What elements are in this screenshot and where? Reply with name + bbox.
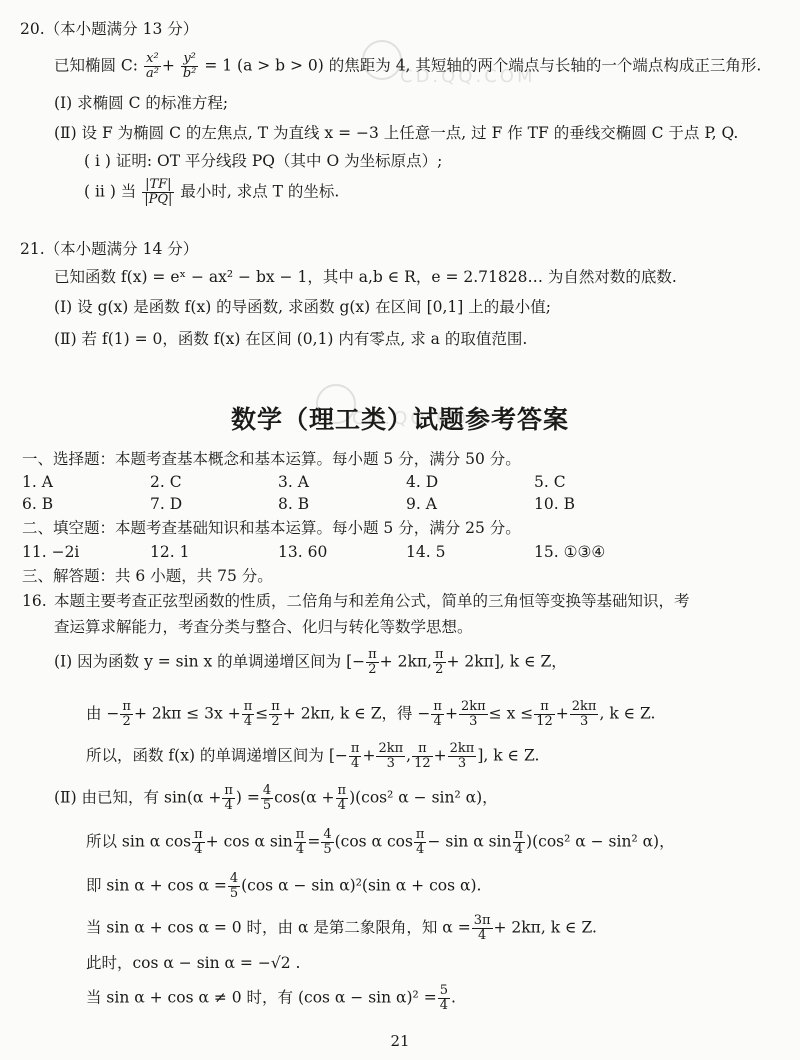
fraction: π4	[222, 784, 235, 813]
fraction: x²a²	[144, 52, 161, 81]
answer-item: 1. A	[22, 471, 150, 493]
fraction: 45	[228, 872, 240, 901]
fraction: π2	[366, 648, 379, 677]
q16-part2-line4: 当 sin α + cos α = 0 时，由 α 是第二象限角，知 α =3π…	[86, 914, 597, 943]
fraction: 2kπ3	[448, 742, 477, 771]
fraction: π12	[412, 742, 433, 771]
answer-item: 10. B	[534, 493, 662, 515]
answer-item: 5. C	[534, 471, 662, 493]
answer-item: 11. −2i	[22, 541, 150, 563]
fraction: y²b²	[181, 52, 199, 81]
q21-header: 21.（本小题满分 14 分）	[20, 238, 198, 260]
q21-part1: (Ⅰ) 设 g(x) 是函数 f(x) 的导函数, 求函数 g(x) 在区间 […	[54, 296, 551, 318]
fraction: π4	[414, 828, 427, 857]
section2-heading: 二、填空题：本题考查基础知识和基本运算。每小题 5 分，满分 25 分。	[22, 517, 521, 539]
q16-part2-line5: 此时，cos α − sin α = −√2 .	[86, 952, 300, 974]
q21-part2: (Ⅱ) 若 f(1) = 0，函数 f(x) 在区间 (0,1) 内有零点, 求…	[54, 328, 527, 350]
fraction: π4	[242, 700, 255, 729]
answer-item: 15. ①③④	[534, 541, 662, 563]
fill-answers: 11. −2i 12. 1 13. 60 14. 5 15. ①③④	[22, 541, 662, 563]
answer-item: 12. 1	[150, 541, 278, 563]
q20-part2-i: ( i ) 证明: OT 平分线段 PQ（其中 O 为坐标原点）;	[84, 150, 442, 172]
fraction: π2	[120, 700, 133, 729]
section3-heading: 三、解答题：共 6 小题，共 75 分。	[22, 565, 273, 587]
q16-part2-line1: (Ⅱ) 由已知，有 sin(α +π4) =45cos(α +π4)(cos² …	[54, 784, 498, 813]
q20-part1: (Ⅰ) 求椭圆 C 的标准方程;	[54, 92, 228, 114]
q16-part1-line3: 所以，函数 f(x) 的单调递增区间为 [−π4+2kπ3,π12+2kπ3],…	[86, 742, 539, 771]
answer-item: 2. C	[150, 471, 278, 493]
answer-item: 4. D	[406, 471, 534, 493]
q16-part2-line3: 即 sin α + cos α =45(cos α − sin α)²(sin …	[86, 872, 481, 901]
fraction: 2kπ3	[459, 700, 488, 729]
q20-part2-ii: ( ii ) 当 |TF||PQ| 最小时, 求点 T 的坐标.	[84, 178, 339, 207]
q16-intro-line1: 本题主要考查正弦型函数的性质，二倍角与和差角公式，简单的三角恒等变换等基础知识，…	[54, 590, 690, 612]
choice-answers: 1. A 2. C 3. A 4. D 5. C 6. B 7. D 8. B …	[22, 471, 662, 515]
page-number: 21	[0, 1032, 800, 1050]
q16-part1-line1: (Ⅰ) 因为函数 y = sin x 的单调递增区间为 [−π2+ 2kπ,π2…	[54, 648, 567, 677]
answer-item: 8. B	[278, 493, 406, 515]
fraction: π4	[513, 828, 526, 857]
answer-item: 6. B	[22, 493, 150, 515]
q20-header: 20.（本小题满分 13 分）	[20, 18, 198, 40]
fraction: π4	[192, 828, 205, 857]
q20-part2: (Ⅱ) 设 F 为椭圆 C 的左焦点, T 为直线 x = −3 上任意一点, …	[54, 122, 738, 144]
fraction: π2	[269, 700, 282, 729]
answer-item: 9. A	[406, 493, 534, 515]
fraction: 54	[438, 984, 450, 1013]
answer-key-title: 数学（理工类）试题参考答案	[0, 400, 800, 436]
answer-item: 3. A	[278, 471, 406, 493]
answer-item: 13. 60	[278, 541, 406, 563]
answer-item: 7. D	[150, 493, 278, 515]
fraction: π4	[294, 828, 307, 857]
fraction: π4	[431, 700, 444, 729]
fraction: π4	[349, 742, 362, 771]
fraction: 2kπ3	[376, 742, 405, 771]
fraction: 2kπ3	[570, 700, 599, 729]
q16-part2-line2: 所以 sin α cosπ4+ cos α sinπ4=45(cos α cos…	[86, 828, 675, 857]
fraction: |TF||PQ|	[142, 178, 174, 207]
answer-item: 14. 5	[406, 541, 534, 563]
fraction: 45	[261, 784, 273, 813]
fraction: 45	[321, 828, 333, 857]
fraction: π2	[433, 648, 446, 677]
q16-intro-line2: 查运算求解能力，考查分类与整合、化归与转化等数学思想。	[54, 616, 473, 638]
fraction: 3π4	[472, 914, 493, 943]
fraction: π4	[336, 784, 349, 813]
q16-part1-line2: 由 −π2+ 2kπ ≤ 3x +π4≤π2+ 2kπ, k ∈ Z，得 −π4…	[86, 700, 655, 729]
section1-heading: 一、选择题：本题考查基本概念和基本运算。每小题 5 分，满分 50 分。	[22, 448, 521, 470]
q21-stem: 已知函数 f(x) = eˣ − ax² − bx − 1，其中 a,b ∈ R…	[54, 266, 677, 288]
q20-stem: 已知椭圆 C: x²a²+ y²b² = 1 (a > b > 0) 的焦距为 …	[54, 52, 761, 81]
exam-page: CD.QQ.COM CD.QQ.COM 20.（本小题满分 13 分） 已知椭圆…	[0, 0, 800, 1060]
fraction: π12	[534, 700, 555, 729]
q16-part2-line6: 当 sin α + cos α ≠ 0 时，有 (cos α − sin α)²…	[86, 984, 456, 1013]
q16-number: 16.	[22, 590, 47, 612]
